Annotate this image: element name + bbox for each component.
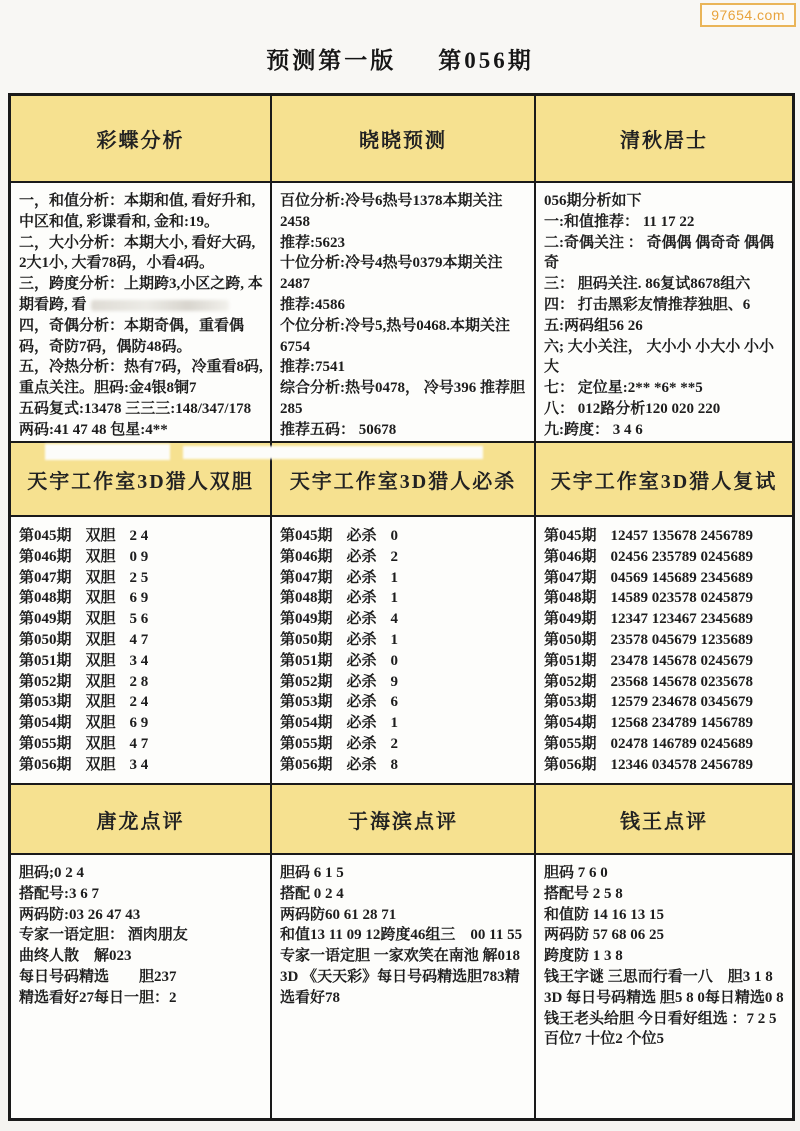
row-value: 1	[391, 590, 399, 606]
band3-col2-content: 胆码 6 1 5搭配 0 2 4两码防60 61 28 71和值13 11 09…	[270, 853, 534, 1118]
list-row: 第047期双胆2 5	[19, 568, 265, 589]
row-issue: 第052期	[19, 674, 72, 690]
row-issue: 第051期	[280, 653, 333, 669]
header-yuhaibin-review: 于海滨点评	[270, 783, 534, 853]
row-value: 1	[391, 570, 399, 586]
list-row: 第055期02478 146789 0245689	[544, 734, 787, 755]
text-line: 钱王字谜 三思而行看一八 胆3 1 8	[544, 967, 787, 988]
text-line: 和值防 14 16 13 15	[544, 905, 787, 926]
row-label: 双胆	[86, 632, 116, 648]
row-value: 3 4	[130, 653, 149, 669]
header-tanglong-review: 唐龙点评	[11, 783, 270, 853]
text-line: 个位分析:冷号5,热号0468.本期关注6754	[280, 316, 529, 358]
row-label: 必杀	[347, 611, 377, 627]
band2-col2-content: 第045期必杀0第046期必杀2第047期必杀1第048期必杀1第049期必杀4…	[270, 515, 534, 783]
row-issue: 第048期	[544, 590, 597, 606]
list-row: 第053期必杀6	[280, 692, 529, 713]
row-issue: 第052期	[544, 674, 597, 690]
row-issue: 第046期	[544, 549, 597, 565]
row-label: 必杀	[347, 715, 377, 731]
row-value: 14589 023578 0245879	[611, 590, 754, 606]
row-issue: 第046期	[280, 549, 333, 565]
row-value: 8	[391, 757, 399, 773]
row-value: 23578 045679 1235689	[611, 632, 754, 648]
list-row: 第050期双胆4 7	[19, 630, 265, 651]
row-issue: 第045期	[19, 528, 72, 544]
row-value: 2	[391, 549, 399, 565]
list-row: 第054期双胆6 9	[19, 713, 265, 734]
list-row: 第052期双胆2 8	[19, 672, 265, 693]
list-row: 第048期必杀1	[280, 588, 529, 609]
list-row: 第053期双胆2 4	[19, 692, 265, 713]
row-issue: 第056期	[544, 757, 597, 773]
row-label: 必杀	[347, 694, 377, 710]
row-issue: 第045期	[280, 528, 333, 544]
row-value: 6 9	[130, 715, 149, 731]
row-label: 双胆	[86, 590, 116, 606]
text-line: 每日号码精选 胆237	[19, 967, 265, 988]
row-value: 23478 145678 0245679	[611, 653, 754, 669]
header-xiaoxiao-forecast: 晓晓预测	[270, 96, 534, 181]
text-line: 跨度防 1 3 8	[544, 946, 787, 967]
row-issue: 第048期	[280, 590, 333, 606]
list-row: 第051期23478 145678 0245679	[544, 651, 787, 672]
row-label: 必杀	[347, 674, 377, 690]
list-row: 第049期必杀4	[280, 609, 529, 630]
text-line: 和值13 11 09 12跨度46组三 00 11 55	[280, 925, 529, 946]
text-line: 搭配 0 2 4	[280, 884, 529, 905]
list-row: 第048期双胆6 9	[19, 588, 265, 609]
list-row: 第047期04569 145689 2345689	[544, 568, 787, 589]
text-line: 六; 大小关注， 大小小 小大小 小小大	[544, 337, 787, 379]
band3-col1-content: 胆码;0 2 4搭配号:3 6 7两码防:03 26 47 43专家一语定胆： …	[11, 853, 270, 1118]
row-value: 23568 145678 0235678	[611, 674, 754, 690]
band1-col3-content: 056期分析如下一:和值推荐： 11 17 22二:奇偶关注 ： 奇偶偶 偶奇奇…	[534, 181, 792, 441]
list-row: 第055期必杀2	[280, 734, 529, 755]
row-issue: 第053期	[544, 694, 597, 710]
row-issue: 第047期	[19, 570, 72, 586]
row-issue: 第054期	[19, 715, 72, 731]
list-row: 第052期23568 145678 0235678	[544, 672, 787, 693]
row-value: 4 7	[130, 632, 149, 648]
row-value: 5 6	[130, 611, 149, 627]
list-row: 第049期双胆5 6	[19, 609, 265, 630]
row-issue: 第050期	[19, 632, 72, 648]
row-issue: 第051期	[544, 653, 597, 669]
list-row: 第048期14589 023578 0245879	[544, 588, 787, 609]
text-line: 胆码;0 2 4	[19, 863, 265, 884]
text-line: 推荐五码： 50678	[280, 420, 529, 441]
list-row: 第047期必杀1	[280, 568, 529, 589]
text-line: 三： 胆码关注. 86复试8678组六	[544, 274, 787, 295]
list-row: 第050期23578 045679 1235689	[544, 630, 787, 651]
list-row: 第056期必杀8	[280, 755, 529, 776]
page-background: 97654.com 预测第一版第056期 彩蝶分析晓晓预测清秋居士一，和值分析：…	[0, 0, 800, 1131]
text-line: 四，奇偶分析：本期奇偶，重看偶码，奇防7码，偶防48码。	[19, 316, 265, 358]
page-title-issue: 第056期	[438, 48, 534, 73]
page-title: 预测第一版第056期	[0, 42, 800, 75]
row-issue: 第055期	[280, 736, 333, 752]
row-issue: 第048期	[19, 590, 72, 606]
row-value: 4	[391, 611, 399, 627]
illegible-smudge	[91, 300, 229, 311]
text-line: 钱王老头给胆 今日看好组选 ：7 2 5百位7 十位2 个位5	[544, 1009, 787, 1051]
row-label: 双胆	[86, 674, 116, 690]
row-value: 04569 145689 2345689	[611, 570, 754, 586]
text-line: 精选看好27每日一胆：2	[19, 988, 265, 1009]
text-line: 七： 定位星:2** *6* **5	[544, 378, 787, 399]
header-caidie-analysis: 彩蝶分析	[11, 96, 270, 181]
band1-col1-content: 一，和值分析：本期和值, 看好升和, 中区和值, 彩谍看和, 金和:19。二，大…	[11, 181, 270, 441]
row-value: 6 9	[130, 590, 149, 606]
text-line: 一，和值分析：本期和值, 看好升和, 中区和值, 彩谍看和, 金和:19。	[19, 191, 265, 233]
header-tianyu-fushi: 天宇工作室3D猎人复试	[534, 441, 792, 515]
text-line: 3D 每日号码精选 胆5 8 0每日精选0 8	[544, 988, 787, 1009]
row-issue: 第055期	[19, 736, 72, 752]
text-line: 百位分析:冷号6热号1378本期关注2458	[280, 191, 529, 233]
row-label: 必杀	[347, 736, 377, 752]
row-issue: 第046期	[19, 549, 72, 565]
row-issue: 第056期	[19, 757, 72, 773]
list-row: 第056期12346 034578 2456789	[544, 755, 787, 776]
text-line: 推荐:4586	[280, 295, 529, 316]
list-row: 第053期12579 234678 0345679	[544, 692, 787, 713]
text-line: 五:两码组56 26	[544, 316, 787, 337]
text-line: 两码防 57 68 06 25	[544, 925, 787, 946]
text-line: 十位分析:冷号4热号0379本期关注2487	[280, 253, 529, 295]
text-line: 推荐:7541	[280, 357, 529, 378]
text-line: 搭配号:3 6 7	[19, 884, 265, 905]
row-value: 1	[391, 632, 399, 648]
list-row: 第045期必杀0	[280, 526, 529, 547]
row-issue: 第054期	[544, 715, 597, 731]
row-issue: 第052期	[280, 674, 333, 690]
row-value: 12347 123467 2345689	[611, 611, 754, 627]
list-row: 第046期必杀2	[280, 547, 529, 568]
row-issue: 第053期	[280, 694, 333, 710]
row-value: 12568 234789 1456789	[611, 715, 754, 731]
row-value: 12346 034578 2456789	[611, 757, 754, 773]
list-row: 第054期12568 234789 1456789	[544, 713, 787, 734]
text-line: 专家一语定胆： 酒肉朋友	[19, 925, 265, 946]
row-label: 双胆	[86, 757, 116, 773]
row-issue: 第049期	[544, 611, 597, 627]
text-line: 曲终人散 解023	[19, 946, 265, 967]
header-qianwang-review: 钱王点评	[534, 783, 792, 853]
row-issue: 第053期	[19, 694, 72, 710]
list-row: 第049期12347 123467 2345689	[544, 609, 787, 630]
prediction-table: 彩蝶分析晓晓预测清秋居士一，和值分析：本期和值, 看好升和, 中区和值, 彩谍看…	[8, 93, 795, 1121]
row-issue: 第045期	[544, 528, 597, 544]
row-value: 02456 235789 0245689	[611, 549, 754, 565]
text-line: 九:跨度： 3 4 6	[544, 420, 787, 441]
row-issue: 第049期	[19, 611, 72, 627]
text-line: 胆码 7 6 0	[544, 863, 787, 884]
scan-artifact	[183, 446, 483, 459]
row-label: 必杀	[347, 590, 377, 606]
list-row: 第052期必杀9	[280, 672, 529, 693]
row-label: 双胆	[86, 549, 116, 565]
watermark-site-badge[interactable]: 97654.com	[700, 3, 796, 27]
header-qingqiu-jushi: 清秋居士	[534, 96, 792, 181]
row-issue: 第049期	[280, 611, 333, 627]
text-line: 胆码 6 1 5	[280, 863, 529, 884]
row-label: 双胆	[86, 736, 116, 752]
text-line: 一:和值推荐： 11 17 22	[544, 212, 787, 233]
text-line: 五码复式:13478 三三三:148/347/178 两码:41 47 48 包…	[19, 399, 265, 441]
list-row: 第050期必杀1	[280, 630, 529, 651]
row-value: 2 5	[130, 570, 149, 586]
text-line: 二，大小分析：本期大小, 看好大码, 2大1小, 大看78码，小看4码。	[19, 233, 265, 275]
row-issue: 第056期	[280, 757, 333, 773]
list-row: 第051期必杀0	[280, 651, 529, 672]
text-line: 五，冷热分析：热有7码，冷重看8码, 重点关注。胆码:金4银8铜7	[19, 357, 265, 399]
text-line: 综合分析:热号0478， 冷号396 推荐胆285	[280, 378, 529, 420]
row-issue: 第051期	[19, 653, 72, 669]
row-label: 双胆	[86, 611, 116, 627]
band1-col2-content: 百位分析:冷号6热号1378本期关注2458推荐:5623十位分析:冷号4热号0…	[270, 181, 534, 441]
row-label: 必杀	[347, 570, 377, 586]
row-label: 双胆	[86, 653, 116, 669]
row-value: 12457 135678 2456789	[611, 528, 754, 544]
row-issue: 第050期	[280, 632, 333, 648]
row-label: 双胆	[86, 715, 116, 731]
row-label: 必杀	[347, 653, 377, 669]
row-value: 12579 234678 0345679	[611, 694, 754, 710]
text-line: 八： 012路分析120 020 220	[544, 399, 787, 420]
row-label: 必杀	[347, 528, 377, 544]
band3-col3-content: 胆码 7 6 0搭配号 2 5 8和值防 14 16 13 15两码防 57 6…	[534, 853, 792, 1118]
row-label: 双胆	[86, 528, 116, 544]
text-line: 四： 打击黑彩友情推荐独胆、6	[544, 295, 787, 316]
row-label: 双胆	[86, 570, 116, 586]
text-line: 两码防:03 26 47 43	[19, 905, 265, 926]
row-issue: 第047期	[280, 570, 333, 586]
text-line: 两码防60 61 28 71	[280, 905, 529, 926]
row-value: 02478 146789 0245689	[611, 736, 754, 752]
row-issue: 第055期	[544, 736, 597, 752]
text-line: 056期分析如下	[544, 191, 787, 212]
row-label: 双胆	[86, 694, 116, 710]
band2-col3-content: 第045期12457 135678 2456789第046期02456 2357…	[534, 515, 792, 783]
text-line: 3D 《天天彩》每日号码精选胆783精选看好78	[280, 967, 529, 1009]
list-row: 第051期双胆3 4	[19, 651, 265, 672]
text-line: 专家一语定胆 一家欢笑在南池 解018	[280, 946, 529, 967]
row-value: 3 4	[130, 757, 149, 773]
row-value: 2 8	[130, 674, 149, 690]
text-line: 推荐:5623	[280, 233, 529, 254]
text-line: 搭配号 2 5 8	[544, 884, 787, 905]
list-row: 第045期双胆2 4	[19, 526, 265, 547]
row-label: 必杀	[347, 632, 377, 648]
row-issue: 第054期	[280, 715, 333, 731]
row-issue: 第047期	[544, 570, 597, 586]
row-value: 1	[391, 715, 399, 731]
row-value: 9	[391, 674, 399, 690]
list-row: 第055期双胆4 7	[19, 734, 265, 755]
row-value: 6	[391, 694, 399, 710]
row-value: 0 9	[130, 549, 149, 565]
row-value: 2 4	[130, 694, 149, 710]
row-value: 2 4	[130, 528, 149, 544]
text-line: 三，跨度分析：上期跨3,小区之跨, 本期看跨, 看	[19, 274, 265, 316]
row-label: 必杀	[347, 757, 377, 773]
row-value: 2	[391, 736, 399, 752]
list-row: 第056期双胆3 4	[19, 755, 265, 776]
list-row: 第046期双胆0 9	[19, 547, 265, 568]
list-row: 第054期必杀1	[280, 713, 529, 734]
row-value: 0	[391, 528, 399, 544]
row-issue: 第050期	[544, 632, 597, 648]
list-row: 第045期12457 135678 2456789	[544, 526, 787, 547]
text-line: 二:奇偶关注 ： 奇偶偶 偶奇奇 偶偶奇	[544, 233, 787, 275]
row-value: 4 7	[130, 736, 149, 752]
row-label: 必杀	[347, 549, 377, 565]
list-row: 第046期02456 235789 0245689	[544, 547, 787, 568]
band2-col1-content: 第045期双胆2 4第046期双胆0 9第047期双胆2 5第048期双胆6 9…	[11, 515, 270, 783]
scan-artifact	[45, 444, 170, 460]
row-value: 0	[391, 653, 399, 669]
page-title-edition: 预测第一版	[266, 48, 396, 73]
